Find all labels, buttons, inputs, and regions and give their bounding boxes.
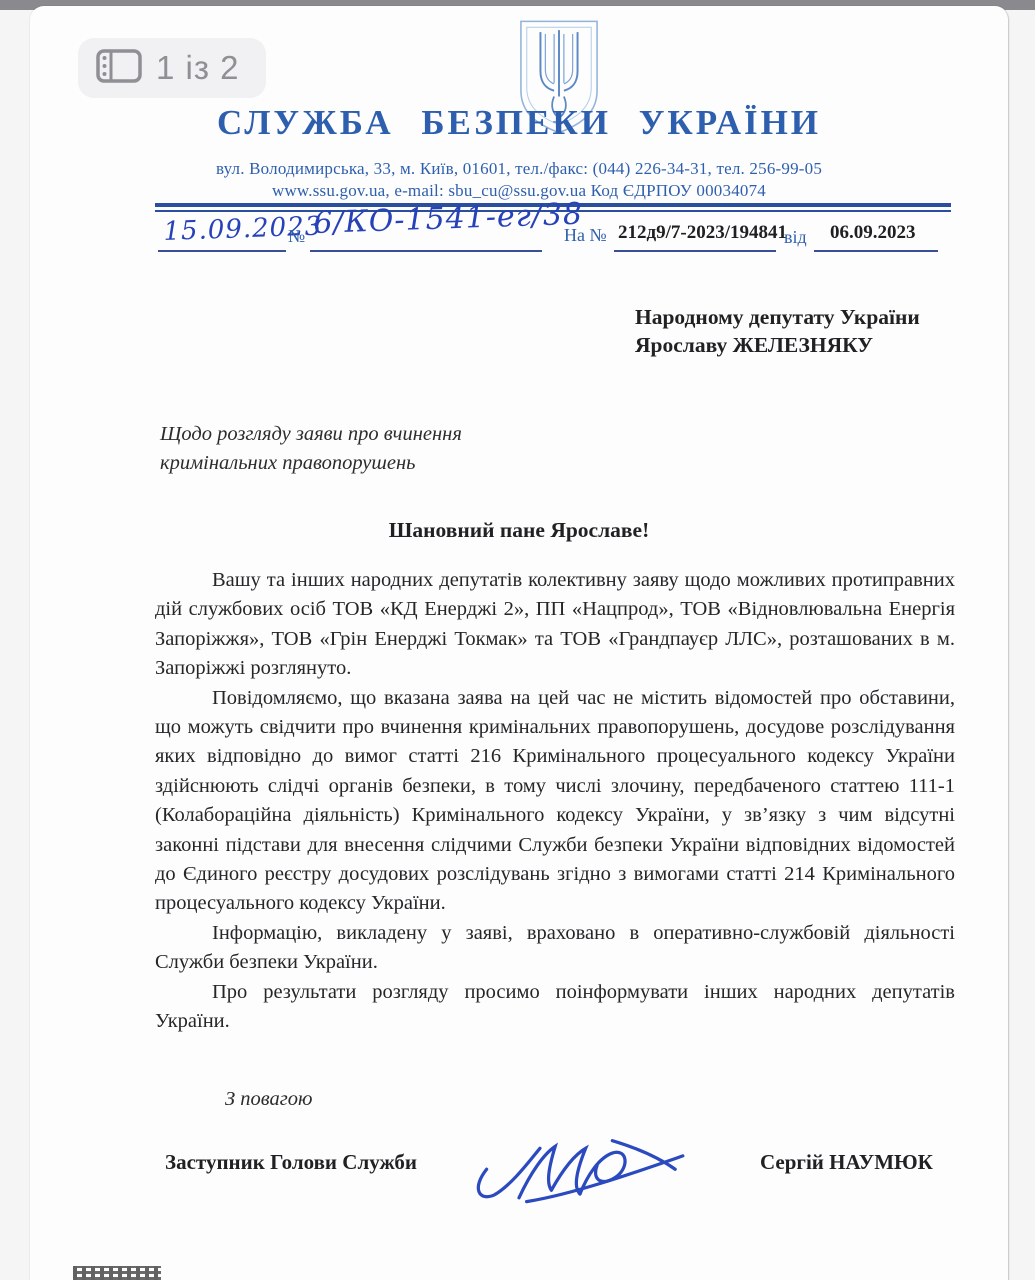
org-address-line1: вул. Володимирська, 33, м. Київ, 01601, … <box>30 159 1008 179</box>
body-paragraph: Вашу та інших народних депутатів колекти… <box>155 566 955 684</box>
handwritten-signature-icon <box>465 1114 693 1219</box>
letter-page: 1 із 2 СЛУЖБА БЕЗПЕКИ УКРАЇНИ вул. Волод… <box>30 6 1009 1280</box>
recipient-line2: Ярославу ЖЕЛЕЗНЯКУ <box>635 331 920 359</box>
subject-line2: кримінальних правопорушень <box>160 449 462 478</box>
subject-block: Щодо розгляду заяви про вчинення криміна… <box>160 420 462 478</box>
body-paragraph: Інформацію, викладену у заяві, враховано… <box>155 919 955 978</box>
date-underline <box>158 250 286 252</box>
org-title: СЛУЖБА БЕЗПЕКИ УКРАЇНИ <box>30 103 1008 143</box>
subject-line1: Щодо розгляду заяви про вчинення <box>160 420 462 449</box>
number-label: № <box>288 226 305 247</box>
reply-date: 06.09.2023 <box>830 222 916 244</box>
number-underline <box>310 250 542 252</box>
recipient-block: Народному депутату України Ярославу ЖЕЛЕ… <box>635 303 920 359</box>
pages-icon <box>96 49 142 88</box>
qr-code-fragment <box>73 1266 161 1280</box>
letter-body: Вашу та інших народних депутатів колекти… <box>155 566 955 1037</box>
signer-position: Заступник Голови Служби <box>165 1150 417 1175</box>
signer-name: Сергій НАУМЮК <box>760 1150 933 1175</box>
reply-number-label: На № <box>564 225 607 246</box>
reply-date-label: від <box>784 227 807 248</box>
salutation: Шановний пане Ярославе! <box>30 518 1008 543</box>
reply-date-underline <box>814 250 938 252</box>
body-paragraph: Про результати розгляду просимо поінформ… <box>155 978 955 1037</box>
page-indicator-label: 1 із 2 <box>156 49 240 87</box>
recipient-line1: Народному депутату України <box>635 303 920 331</box>
page-indicator[interactable]: 1 із 2 <box>78 38 266 98</box>
reply-number-underline <box>614 250 776 252</box>
closing-regards: З повагою <box>225 1088 313 1111</box>
body-paragraph: Повідомляємо, що вказана заява на цей ча… <box>155 684 955 919</box>
reply-number: 212д9/7-2023/194841 <box>618 222 787 244</box>
document-viewer: 1 із 2 СЛУЖБА БЕЗПЕКИ УКРАЇНИ вул. Волод… <box>0 0 1035 1280</box>
